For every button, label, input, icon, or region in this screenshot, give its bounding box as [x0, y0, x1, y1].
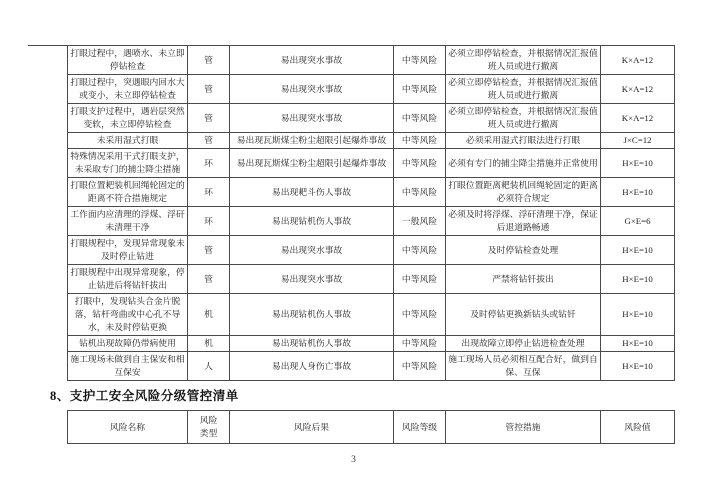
support-table-header-row: 风险名称 风险 类型 风险后果 风险等级 管控措施 风险值	[68, 411, 675, 444]
risk-name-cell: 打眼规程中出现异常现象，停止钻进后将钻钎拔出	[68, 265, 188, 294]
risk-consequence-cell: 易出现人身伤亡事故	[230, 352, 394, 381]
risk-name-cell: 打眼中，发现钻头合金片脱落，钻杆弯曲或中心孔不导水，未及时停钻更换	[68, 294, 188, 336]
risk-consequence-cell: 易出现瓦斯煤尘粉尘超限引起爆炸事故	[230, 133, 394, 149]
header-risk-consequence: 风险后果	[230, 411, 394, 444]
risk-measure-cell: 及时停钻更换新钻头或钻钎	[446, 294, 601, 336]
risk-measure-cell: 施工现场人员必须相互配合好，做到自保、互保	[446, 352, 601, 381]
risk-level-cell: 中等风险	[394, 133, 446, 149]
risk-consequence-cell: 易出现突水事故	[230, 104, 394, 133]
risk-consequence-cell: 易出现钻机伤人事故	[230, 336, 394, 352]
risk-name-cell: 钻机出现故障仍带病使用	[68, 336, 188, 352]
risk-level-cell: 一般风险	[394, 207, 446, 236]
risk-name-cell: 打眼过程中，突遇眼内回水大或变小，未立即停钻检查	[68, 75, 188, 104]
risk-measure-cell: 必须立即停钻检查，并根据情况汇报值班人员或进行撤离	[446, 75, 601, 104]
risk-consequence-cell: 易出现瓦斯煤尘粉尘超限引起爆炸事故	[230, 149, 394, 178]
risk-value-cell: H×E=10	[601, 352, 675, 381]
risk-type-cell: 管	[188, 104, 230, 133]
risk-measure-cell: 必须有专门的捕尘降尘措施并正常使用	[446, 149, 601, 178]
risk-level-cell: 中等风险	[394, 75, 446, 104]
risk-value-cell: K×A=12	[601, 75, 675, 104]
risk-type-cell: 环	[188, 149, 230, 178]
risk-measure-cell: 必须立即停钻检查，并根据情况汇报值班人员或进行撤离	[446, 104, 601, 133]
header-control-measure: 管控措施	[446, 411, 601, 444]
risk-row: 打眼规程中出现异常现象，停止钻进后将钻钎拔出管易出现突水事故中等风险严禁将钻钎拔…	[68, 265, 675, 294]
risk-type-cell: 环	[188, 178, 230, 207]
risk-row: 施工现场未做到自主保安和相互保安人易出现人身伤亡事故中等风险施工现场人员必须相互…	[68, 352, 675, 381]
risk-type-cell: 机	[188, 336, 230, 352]
risk-value-cell: K×A=12	[601, 46, 675, 75]
risk-type-cell: 管	[188, 265, 230, 294]
risk-level-cell: 中等风险	[394, 149, 446, 178]
risk-name-cell: 工作面内应清理的浮煤、浮矸未清理干净	[68, 207, 188, 236]
risk-measure-cell: 必须立即停钻检查，并根据情况汇报值班人员或进行撤离	[446, 46, 601, 75]
header-risk-value: 风险值	[601, 411, 675, 444]
header-risk-type: 风险 类型	[188, 411, 230, 444]
risk-value-cell: H×E=10	[601, 149, 675, 178]
risk-table-body: 打眼过程中，遇喷水、未立即停钻检查管易出现突水事故中等风险必须立即停钻检查，并根…	[68, 46, 675, 381]
risk-row: 工作面内应清理的浮煤、浮矸未清理干净环易出现钻机伤人事故一般风险必须及时将浮煤、…	[68, 207, 675, 236]
table-top-edge-line	[28, 45, 68, 46]
risk-level-cell: 中等风险	[394, 178, 446, 207]
document-page: 打眼过程中，遇喷水、未立即停钻检查管易出现突水事故中等风险必须立即停钻检查，并根…	[0, 0, 707, 500]
risk-type-cell: 机	[188, 294, 230, 336]
risk-consequence-cell: 易出现耙斗伤人事故	[230, 178, 394, 207]
risk-row: 打眼规程中，发现异常现象未及时停止钻进管易出现突水事故中等风险及时停钻检查处理H…	[68, 236, 675, 265]
risk-type-cell: 管	[188, 75, 230, 104]
risk-type-cell: 管	[188, 236, 230, 265]
risk-name-cell: 打眼规程中，发现异常现象未及时停止钻进	[68, 236, 188, 265]
risk-value-cell: G×E=6	[601, 207, 675, 236]
risk-consequence-cell: 易出现突水事故	[230, 75, 394, 104]
risk-measure-cell: 及时停钻检查处理	[446, 236, 601, 265]
risk-level-cell: 中等风险	[394, 236, 446, 265]
risk-consequence-cell: 易出现突水事故	[230, 236, 394, 265]
risk-row: 特殊情况采用干式打眼支护，未采取专门的捕尘降尘措施环易出现瓦斯煤尘粉尘超限引起爆…	[68, 149, 675, 178]
risk-consequence-cell: 易出现突水事故	[230, 46, 394, 75]
risk-consequence-cell: 易出现钻机伤人事故	[230, 294, 394, 336]
risk-row: 未采用湿式打眼管易出现瓦斯煤尘粉尘超限引起爆炸事故中等风险必须采用湿式打眼法进行…	[68, 133, 675, 149]
support-worker-risk-table: 风险名称 风险 类型 风险后果 风险等级 管控措施 风险值	[67, 410, 675, 444]
page-number: 3	[0, 455, 707, 465]
risk-name-cell: 施工现场未做到自主保安和相互保安	[68, 352, 188, 381]
risk-level-cell: 中等风险	[394, 336, 446, 352]
risk-row: 打眼过程中，突遇眼内回水大或变小，未立即停钻检查管易出现突水事故中等风险必须立即…	[68, 75, 675, 104]
risk-value-cell: H×E=10	[601, 265, 675, 294]
risk-level-cell: 中等风险	[394, 104, 446, 133]
risk-value-cell: H×E=10	[601, 178, 675, 207]
risk-row: 打眼位置耙装机回绳轮固定的距离不符合措施规定环易出现耙斗伤人事故中等风险打眼位置…	[68, 178, 675, 207]
risk-name-cell: 打眼过程中，遇喷水、未立即停钻检查	[68, 46, 188, 75]
risk-row: 打眼支护过程中，遇岩层突然变软，未立即停钻检查管易出现突水事故中等风险必须立即停…	[68, 104, 675, 133]
risk-level-cell: 中等风险	[394, 265, 446, 294]
drilling-risk-control-table: 打眼过程中，遇喷水、未立即停钻检查管易出现突水事故中等风险必须立即停钻检查，并根…	[67, 45, 675, 381]
risk-consequence-cell: 易出现突水事故	[230, 265, 394, 294]
risk-name-cell: 打眼支护过程中，遇岩层突然变软，未立即停钻检查	[68, 104, 188, 133]
risk-value-cell: H×E=10	[601, 336, 675, 352]
risk-value-cell: K×A=12	[601, 104, 675, 133]
risk-consequence-cell: 易出现钻机伤人事故	[230, 207, 394, 236]
risk-name-cell: 打眼位置耙装机回绳轮固定的距离不符合措施规定	[68, 178, 188, 207]
header-risk-name: 风险名称	[68, 411, 188, 444]
risk-name-cell: 未采用湿式打眼	[68, 133, 188, 149]
risk-measure-cell: 严禁将钻钎拔出	[446, 265, 601, 294]
risk-value-cell: J×C=12	[601, 133, 675, 149]
risk-level-cell: 中等风险	[394, 294, 446, 336]
risk-level-cell: 中等风险	[394, 46, 446, 75]
risk-measure-cell: 必须及时将浮煤、浮矸清理干净，保证后退道路畅通	[446, 207, 601, 236]
risk-row: 钻机出现故障仍带病使用机易出现钻机伤人事故中等风险出现故障立即停止钻进检查处理H…	[68, 336, 675, 352]
risk-measure-cell: 打眼位置距离耙装机回绳轮固定的距离必须符合规定	[446, 178, 601, 207]
risk-type-cell: 环	[188, 207, 230, 236]
risk-type-cell: 管	[188, 46, 230, 75]
risk-value-cell: H×E=10	[601, 236, 675, 265]
risk-type-cell: 人	[188, 352, 230, 381]
risk-value-cell: H×E=10	[601, 294, 675, 336]
section-heading: 8、支护工安全风险分级管控清单	[50, 388, 707, 404]
risk-type-cell: 管	[188, 133, 230, 149]
header-risk-level: 风险等级	[394, 411, 446, 444]
risk-measure-cell: 出现故障立即停止钻进检查处理	[446, 336, 601, 352]
risk-row: 打眼中，发现钻头合金片脱落，钻杆弯曲或中心孔不导水，未及时停钻更换机易出现钻机伤…	[68, 294, 675, 336]
risk-row: 打眼过程中，遇喷水、未立即停钻检查管易出现突水事故中等风险必须立即停钻检查，并根…	[68, 46, 675, 75]
risk-measure-cell: 必须采用湿式打眼法进行打眼	[446, 133, 601, 149]
risk-level-cell: 中等风险	[394, 352, 446, 381]
risk-name-cell: 特殊情况采用干式打眼支护，未采取专门的捕尘降尘措施	[68, 149, 188, 178]
